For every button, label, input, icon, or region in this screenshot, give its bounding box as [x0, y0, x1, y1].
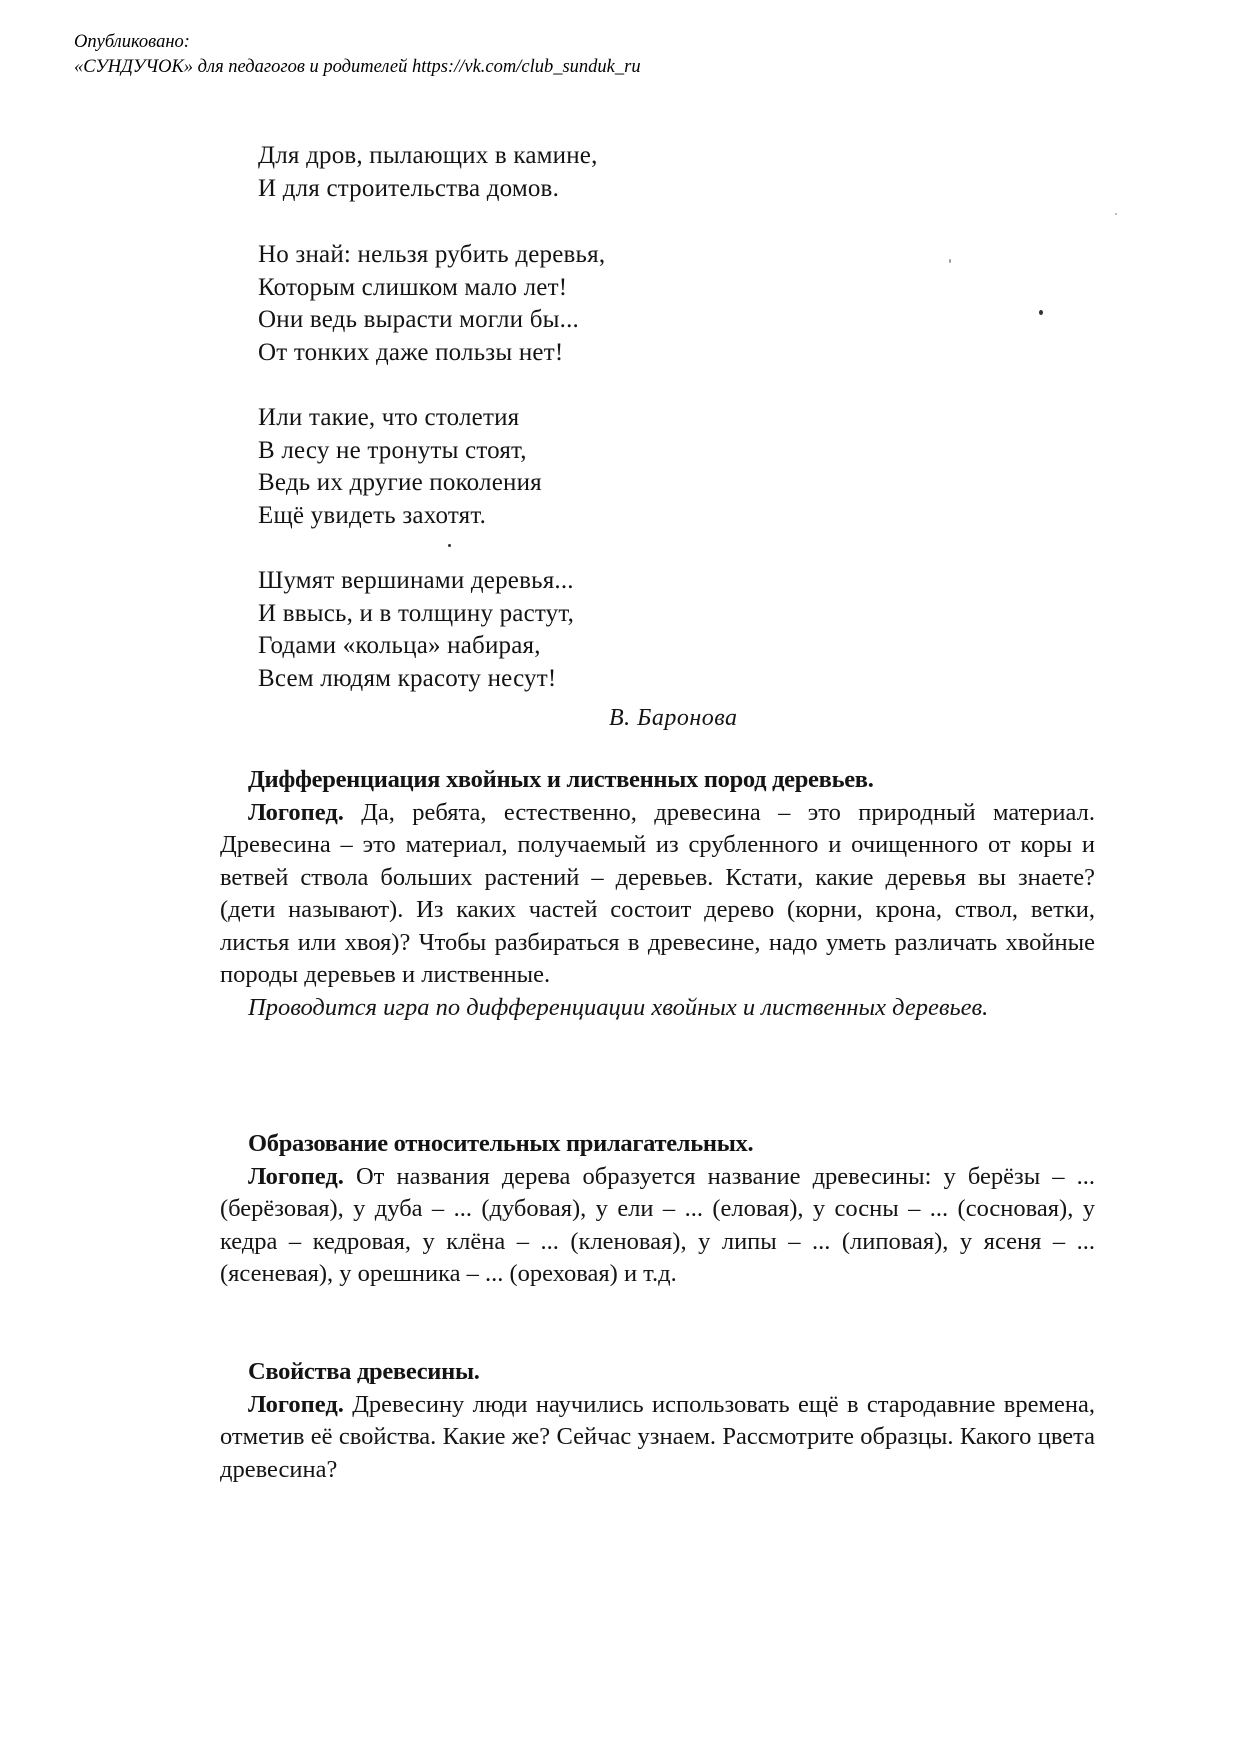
poem-line: Которым слишком мало лет!	[258, 272, 605, 305]
section-paragraph: Логопед. От названия дерева образуется н…	[220, 1161, 1095, 1291]
speaker-label: Логопед.	[248, 799, 344, 826]
poem-line: Всем людям красоту несут!	[258, 663, 574, 696]
scan-speck	[448, 544, 451, 547]
poem-line: Для дров, пылающих в камине,	[258, 140, 598, 173]
poem-line: В лесу не тронуты стоят,	[258, 435, 542, 468]
published-label: Опубликовано:	[74, 30, 641, 55]
poem-line: От тонких даже пользы нет!	[258, 337, 605, 370]
poem-line: Ещё увидеть захотят.	[258, 500, 542, 533]
stage-note: Проводится игра по дифференциации хвойны…	[220, 992, 1095, 1025]
section-title: Дифференциация хвойных и лиственных поро…	[220, 764, 1095, 797]
section-title: Свойства древесины.	[220, 1356, 1095, 1389]
scan-speck	[1115, 213, 1117, 215]
poem-line: И ввысь, и в толщину растут,	[258, 598, 574, 631]
poem-line: Но знай: нельзя рубить деревья,	[258, 239, 605, 272]
poem-stanza-4: Шумят вершинами деревья... И ввысь, и в …	[258, 565, 574, 695]
section-paragraph: Логопед. Да, ребята, естественно, древес…	[220, 797, 1095, 992]
poem-stanza-1: Для дров, пылающих в камине, И для строи…	[258, 140, 598, 205]
publication-header: Опубликовано: «СУНДУЧОК» для педагогов и…	[74, 30, 641, 80]
section-wood-properties: Свойства древесины. Логопед. Древесину л…	[220, 1356, 1095, 1486]
source-line: «СУНДУЧОК» для педагогов и родителей htt…	[74, 55, 641, 80]
poem-line: Или такие, что столетия	[258, 402, 542, 435]
poem-stanza-3: Или такие, что столетия В лесу не тронут…	[258, 402, 542, 532]
scan-speck	[1039, 310, 1043, 315]
poem-line: Они ведь вырасти могли бы...	[258, 304, 605, 337]
section-paragraph: Логопед. Древесину люди научились исполь…	[220, 1389, 1095, 1487]
section-differentiation: Дифференциация хвойных и лиственных поро…	[220, 764, 1095, 1024]
poem-author: В. Баронова	[609, 705, 737, 732]
speaker-label: Логопед.	[248, 1163, 344, 1190]
speaker-label: Логопед.	[248, 1391, 344, 1418]
poem-line: Шумят вершинами деревья...	[258, 565, 574, 598]
poem-line: И для строительства домов.	[258, 173, 598, 206]
section-title: Образование относительных прилагательных…	[220, 1128, 1095, 1161]
paragraph-text: Да, ребята, естественно, древесина – это…	[220, 799, 1095, 989]
paragraph-text: От названия дерева образуется название д…	[220, 1163, 1095, 1288]
scan-speck	[949, 259, 951, 263]
poem-line: Ведь их другие поколения	[258, 467, 542, 500]
poem-line: Годами «кольца» набирая,	[258, 630, 574, 663]
paragraph-text: Древесину люди научились использовать ещ…	[220, 1391, 1095, 1483]
poem-stanza-2: Но знай: нельзя рубить деревья, Которым …	[258, 239, 605, 369]
section-adjectives: Образование относительных прилагательных…	[220, 1128, 1095, 1291]
